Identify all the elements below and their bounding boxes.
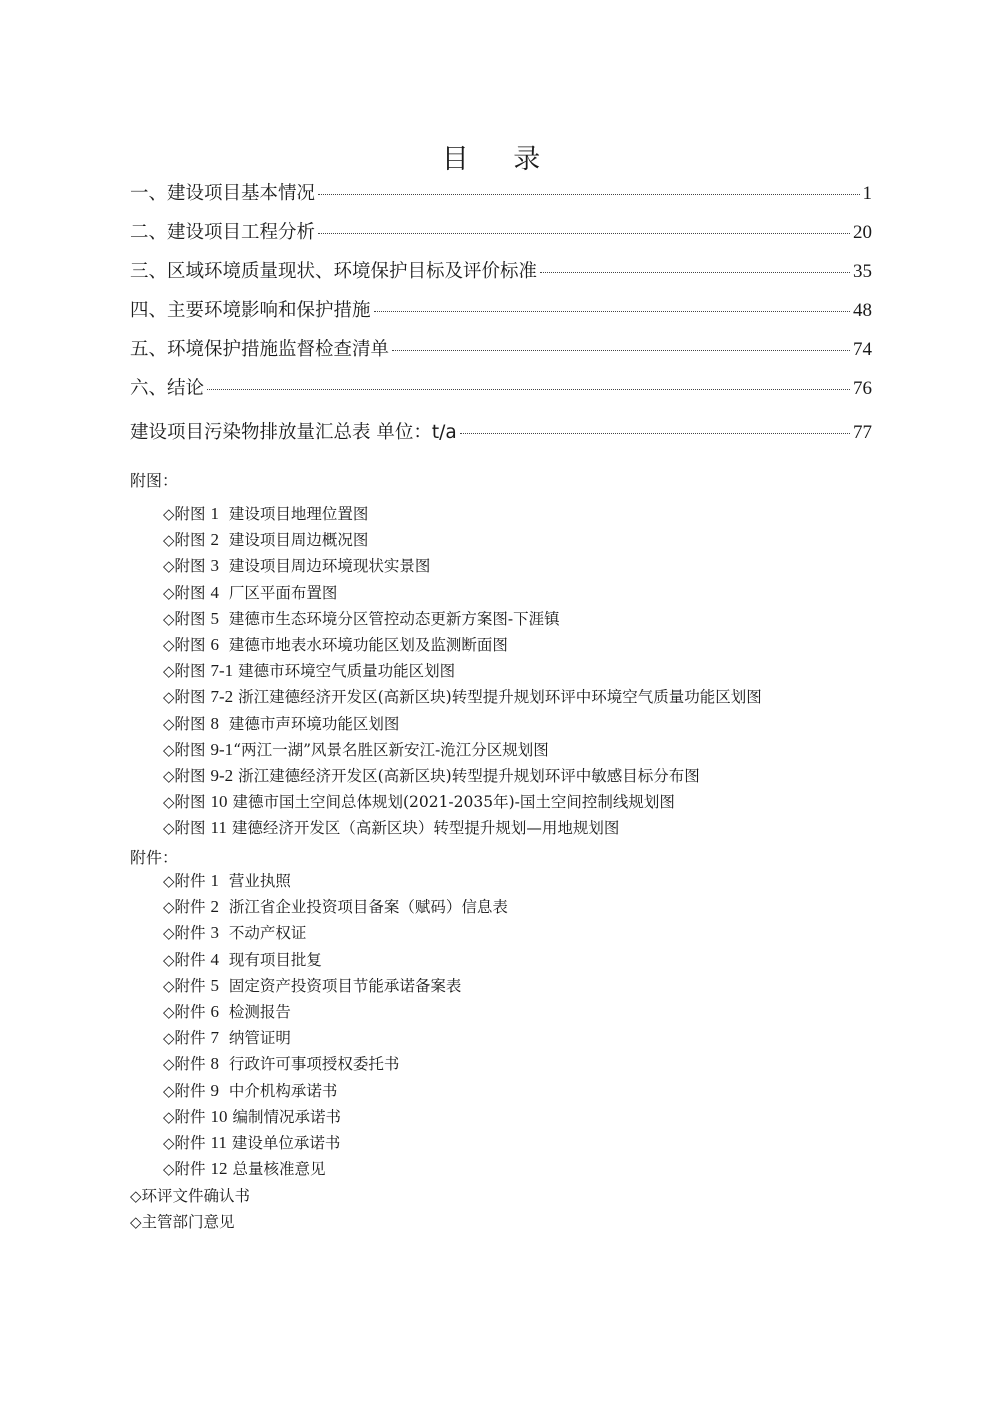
diamond-bullet-icon: ◇ [163,951,175,969]
figures-list: ◇附图 1 建设项目地理位置图 ◇附图 2 建设项目周边概况图 ◇附图 3 建设… [163,501,762,841]
page-title: 目 录 [0,142,1000,178]
diamond-bullet-icon: ◇ [163,872,175,890]
attachment-item[interactable]: ◇附件 7 纳管证明 [163,1025,508,1051]
attachment-item[interactable]: ◇附件 8 行政许可事项授权委托书 [163,1051,508,1077]
diamond-bullet-icon: ◇ [163,819,175,837]
diamond-bullet-icon: ◇ [163,767,175,785]
attachment-item[interactable]: ◇附件 4 现有项目批复 [163,947,508,973]
toc-entry[interactable]: 四、主要环境影响和保护措施 48 [130,295,872,334]
toc-entry-page: 48 [853,295,872,327]
other-list: ◇环评文件确认书 ◇主管部门意见 [130,1183,250,1235]
toc-leader-dots [460,432,850,434]
figure-item[interactable]: ◇附图 8 建德市声环境功能区划图 [163,711,762,737]
attachments-list: ◇附件 1 营业执照 ◇附件 2 浙江省企业投资项目备案（赋码）信息表 ◇附件 … [163,868,508,1182]
toc-leader-dots [318,193,859,195]
toc-entry-label: 四、主要环境影响和保护措施 [130,295,371,327]
diamond-bullet-icon: ◇ [163,977,175,995]
attachments-heading: 附件： [130,845,178,868]
diamond-bullet-icon: ◇ [163,531,175,549]
toc-entry-label: 二、建设项目工程分析 [130,217,315,249]
other-item[interactable]: ◇主管部门意见 [130,1209,250,1235]
figure-item[interactable]: ◇附图 6 建德市地表水环境功能区划及监测断面图 [163,632,762,658]
figure-item[interactable]: ◇附图 3 建设项目周边环境现状实景图 [163,553,762,579]
toc-entry[interactable]: 一、建设项目基本情况 1 [130,178,872,217]
attachment-item[interactable]: ◇附件 12 总量核准意见 [163,1156,508,1182]
toc-entry[interactable]: 二、建设项目工程分析 20 [130,217,872,256]
diamond-bullet-icon: ◇ [163,741,175,759]
toc-entry-label: 建设项目污染物排放量汇总表 单位：t/a [130,417,457,449]
figure-item[interactable]: ◇附图 9-1“两江一湖”风景名胜区新安江-洈江分区规划图 [163,737,762,763]
figure-item[interactable]: ◇附图 7-2 浙江建德经济开发区(高新区块)转型提升规划环评中环境空气质量功能… [163,684,762,710]
diamond-bullet-icon: ◇ [163,662,175,680]
attachment-item[interactable]: ◇附件 2 浙江省企业投资项目备案（赋码）信息表 [163,894,508,920]
figure-item[interactable]: ◇附图 11 建德经济开发区（高新区块）转型提升规划—用地规划图 [163,815,762,841]
diamond-bullet-icon: ◇ [163,636,175,654]
attachment-item[interactable]: ◇附件 3 不动产权证 [163,920,508,946]
toc-entry-page: 74 [853,334,872,366]
figure-item[interactable]: ◇附图 7-1 建德市环境空气质量功能区划图 [163,658,762,684]
figures-heading: 附图： [130,468,178,491]
toc-leader-dots [318,232,850,234]
diamond-bullet-icon: ◇ [163,688,175,706]
figure-item[interactable]: ◇附图 9-2 浙江建德经济开发区(高新区块)转型提升规划环评中敏感目标分布图 [163,763,762,789]
diamond-bullet-icon: ◇ [163,1055,175,1073]
diamond-bullet-icon: ◇ [163,1029,175,1047]
diamond-bullet-icon: ◇ [163,793,175,811]
attachment-item[interactable]: ◇附件 9 中介机构承诺书 [163,1078,508,1104]
table-of-contents: 一、建设项目基本情况 1 二、建设项目工程分析 20 三、区域环境质量现状、环境… [130,178,872,456]
toc-entry-label: 一、建设项目基本情况 [130,178,315,210]
diamond-bullet-icon: ◇ [163,924,175,942]
diamond-bullet-icon: ◇ [163,584,175,602]
toc-entry-label: 五、环境保护措施监督检查清单 [130,334,389,366]
diamond-bullet-icon: ◇ [163,1134,175,1152]
toc-entry[interactable]: 六、结论 76 [130,373,872,412]
toc-entry-page: 76 [853,373,872,405]
diamond-bullet-icon: ◇ [163,1108,175,1126]
attachment-item[interactable]: ◇附件 5 固定资产投资项目节能承诺备案表 [163,973,508,999]
diamond-bullet-icon: ◇ [163,610,175,628]
toc-entry-page: 35 [853,256,872,288]
toc-entry-label: 六、结论 [130,373,204,405]
toc-leader-dots [392,349,850,351]
toc-entry[interactable]: 建设项目污染物排放量汇总表 单位：t/a 77 [130,417,872,456]
attachment-item[interactable]: ◇附件 11 建设单位承诺书 [163,1130,508,1156]
attachment-item[interactable]: ◇附件 10 编制情况承诺书 [163,1104,508,1130]
figure-item[interactable]: ◇附图 2 建设项目周边概况图 [163,527,762,553]
toc-entry-label: 三、区域环境质量现状、环境保护目标及评价标准 [130,256,537,288]
diamond-bullet-icon: ◇ [163,1082,175,1100]
diamond-bullet-icon: ◇ [130,1213,142,1231]
toc-leader-dots [540,271,850,273]
figure-item[interactable]: ◇附图 4 厂区平面布置图 [163,580,762,606]
diamond-bullet-icon: ◇ [163,715,175,733]
diamond-bullet-icon: ◇ [163,898,175,916]
figure-item[interactable]: ◇附图 5 建德市生态环境分区管控动态更新方案图-下涯镇 [163,606,762,632]
attachment-item[interactable]: ◇附件 1 营业执照 [163,868,508,894]
diamond-bullet-icon: ◇ [163,1160,175,1178]
toc-leader-dots [207,388,850,390]
attachment-item[interactable]: ◇附件 6 检测报告 [163,999,508,1025]
figure-item[interactable]: ◇附图 10 建德市国土空间总体规划(2021-2035年)-国土空间控制线规划… [163,789,762,815]
toc-entry[interactable]: 三、区域环境质量现状、环境保护目标及评价标准 35 [130,256,872,295]
document-page: 目 录 一、建设项目基本情况 1 二、建设项目工程分析 20 三、区域环境质量现… [0,0,1000,1414]
other-item[interactable]: ◇环评文件确认书 [130,1183,250,1209]
toc-leader-dots [374,310,850,312]
toc-entry-page: 20 [853,217,872,249]
toc-entry[interactable]: 五、环境保护措施监督检查清单 74 [130,334,872,373]
diamond-bullet-icon: ◇ [163,1003,175,1021]
diamond-bullet-icon: ◇ [130,1187,142,1205]
figure-item[interactable]: ◇附图 1 建设项目地理位置图 [163,501,762,527]
diamond-bullet-icon: ◇ [163,505,175,523]
diamond-bullet-icon: ◇ [163,557,175,575]
toc-entry-page: 77 [853,417,872,449]
toc-entry-page: 1 [863,178,873,210]
